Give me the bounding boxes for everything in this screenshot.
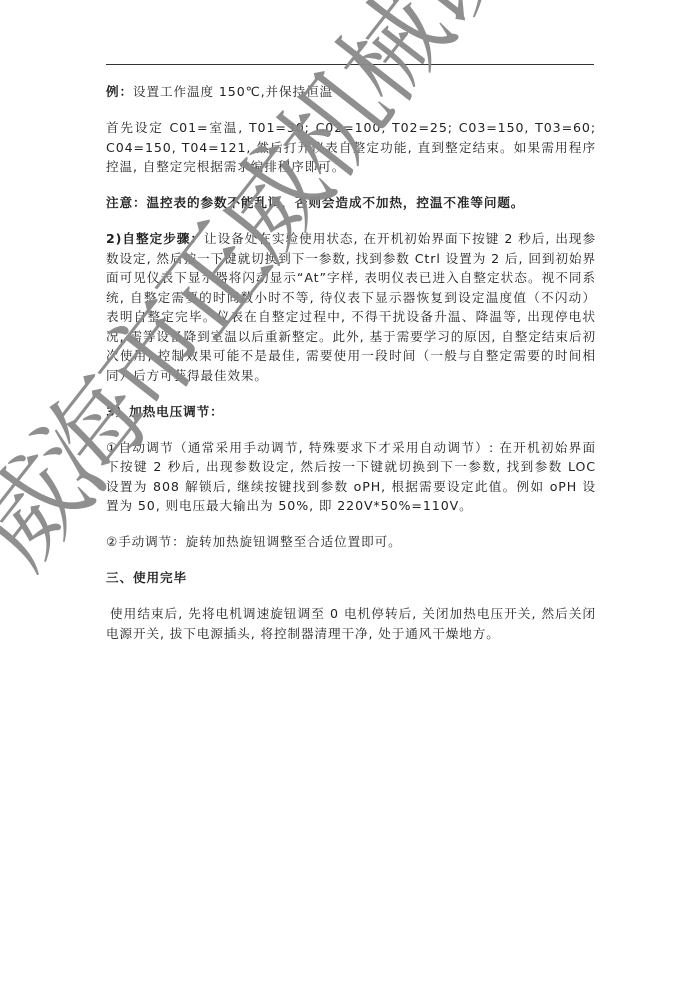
example-line: 例：设置工作温度 150℃,并保持恒温 xyxy=(106,82,596,102)
setup-paragraph: 首先设定 C01=室温, T01=30; C02=100, T02=25; C0… xyxy=(106,118,596,177)
autotune-label: 2)自整定步骤： xyxy=(106,231,204,246)
section-three-heading: 三、使用完毕 xyxy=(106,568,596,588)
document-page: 例：设置工作温度 150℃,并保持恒温 首先设定 C01=室温, T01=30;… xyxy=(0,0,700,990)
finish-paragraph: 使用结束后, 先将电机调速旋钮调至 0 电机停转后, 关闭加热电压开关, 然后关… xyxy=(106,604,596,643)
header-rule xyxy=(106,64,594,65)
notice: 注意：温控表的参数不能乱调，否则会造成不加热，控温不准等问题。 xyxy=(106,193,596,213)
autotune-text: 让设备处在实验使用状态, 在开机初始界面下按键 2 秒后, 出现参数设定, 然后… xyxy=(106,231,596,383)
example-label: 例： xyxy=(106,84,133,99)
autotune-paragraph: 2)自整定步骤：让设备处在实验使用状态, 在开机初始界面下按键 2 秒后, 出现… xyxy=(106,229,596,385)
auto-adjust-paragraph: ①自动调节（通常采用手动调节, 特殊要求下才采用自动调节）: 在开机初始界面下按… xyxy=(106,438,596,516)
heating-heading: 3）加热电压调节： xyxy=(106,402,596,422)
document-body: 例：设置工作温度 150℃,并保持恒温 首先设定 C01=室温, T01=30;… xyxy=(106,82,596,660)
manual-adjust-paragraph: ②手动调节：旋转加热旋钮调整至合适位置即可。 xyxy=(106,532,596,552)
example-text: 设置工作温度 150℃,并保持恒温 xyxy=(133,84,333,99)
